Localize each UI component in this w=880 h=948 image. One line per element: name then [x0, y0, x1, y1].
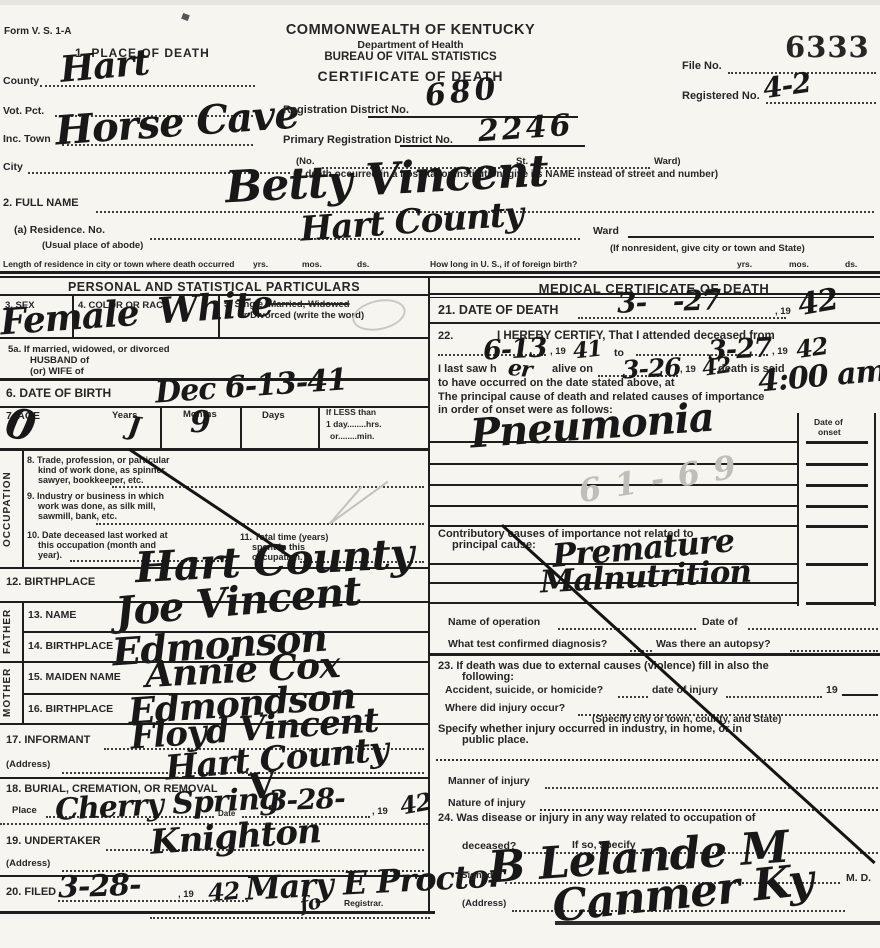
rule — [58, 898, 248, 902]
rule — [428, 525, 797, 527]
pencil-check-2 — [329, 486, 363, 524]
rule — [842, 694, 878, 696]
father-vertical-label: FATHER — [2, 603, 13, 659]
rule — [428, 322, 880, 324]
marital-struck: Married, Widowed — [268, 299, 349, 310]
industry-label-2: work was done, as silk mill, — [38, 501, 156, 511]
occupation-related-text: 24. Was disease or injury in any way rel… — [438, 812, 755, 824]
column-divider — [428, 278, 430, 912]
vot-pct-label: Vot. Pct. — [3, 105, 44, 117]
mother-vertical-label: MOTHER — [2, 663, 13, 721]
father-birthplace-label: 14. BIRTHPLACE — [28, 640, 113, 652]
rule — [540, 807, 878, 811]
burial-19-label: , 19 — [372, 806, 388, 817]
autopsy-label: Was there an autopsy? — [656, 638, 771, 650]
informant-address-label: (Address) — [6, 759, 50, 770]
rule — [618, 694, 648, 698]
filed-label: 20. FILED — [6, 886, 56, 898]
rule — [72, 296, 74, 337]
rule — [806, 463, 868, 466]
nonresident-note: (If nonresident, give city or town and S… — [610, 243, 805, 254]
hw-reg-district: 680 — [424, 74, 501, 112]
rule — [0, 448, 428, 451]
hw-death-date: 3- -27 — [617, 286, 721, 318]
rule — [0, 337, 428, 339]
hw-death-year: 42 — [796, 285, 840, 321]
industry-label-3: sawmill, bank, etc. — [38, 511, 117, 521]
maiden-name-label: 15. MAIDEN NAME — [28, 671, 121, 683]
rule — [806, 505, 868, 508]
abode-note: (Usual place of abode) — [42, 240, 143, 251]
less-than-3: or........min. — [330, 431, 374, 441]
hw-time: 4:00 am — [757, 356, 880, 397]
pencil-oval — [349, 295, 408, 336]
rule — [22, 661, 24, 723]
mos2-label: mos. — [789, 259, 809, 269]
registered-no-label: Registered No. — [682, 90, 760, 102]
rule — [240, 406, 242, 448]
residence-label: (a) Residence. No. — [14, 224, 105, 236]
rule — [558, 626, 696, 630]
specify-text-2: public place. — [462, 734, 529, 746]
less-than-2: 1 day........hrs. — [326, 419, 382, 429]
date-of-label: Date of — [702, 616, 738, 628]
occupation-vertical-label: OCCUPATION — [2, 455, 13, 563]
inc-town-label: Inc. Town — [3, 133, 51, 145]
date-of-death-label: 21. DATE OF DEATH — [438, 303, 558, 317]
certificate-title: CERTIFICATE OF DEATH — [278, 68, 543, 84]
onset-box-right — [874, 413, 876, 606]
md-label: M. D. — [846, 872, 871, 884]
last-worked-3: year). — [38, 550, 62, 560]
accident-label: Accident, suicide, or homicide? — [445, 684, 603, 696]
test-label: What test confirmed diagnosis? — [448, 638, 607, 650]
city-label: City — [3, 161, 23, 173]
external-causes-text-2: following: — [462, 671, 514, 683]
hw-from-year: 41 — [572, 338, 603, 363]
ward-label: Ward — [593, 225, 619, 237]
rule — [0, 777, 428, 779]
hw-inc-town: Horse Cave — [54, 95, 300, 152]
death-certificate-scan: Form V. S. 1-A 1. PLACE OF DEATH County … — [0, 0, 880, 948]
rule — [150, 915, 430, 919]
onset-label-2: onset — [818, 427, 841, 437]
mos-label: mos. — [302, 259, 322, 269]
ward-paren-label: Ward) — [654, 156, 681, 167]
commonwealth-title: COMMONWEALTH OF KENTUCKY — [278, 22, 543, 38]
death-19-label: , 19 — [775, 306, 791, 317]
registrar-label: Registrar. — [344, 898, 383, 908]
less-than-1: If LESS than — [326, 407, 376, 417]
rule — [790, 648, 878, 652]
ward-line — [628, 236, 874, 238]
mother-birthplace-label: 16. BIRTHPLACE — [28, 703, 113, 715]
rule — [748, 626, 878, 630]
birthplace12-label: 12. BIRTHPLACE — [6, 576, 95, 588]
file-number-stamp: 6333 — [785, 30, 870, 64]
informant-label: 17. INFORMANT — [6, 734, 90, 746]
rule — [428, 653, 880, 656]
married-note-3: (or) WIFE of — [30, 366, 84, 377]
married-note-2: HUSBAND of — [30, 355, 89, 366]
injury-19-label: 19 — [826, 684, 838, 696]
dob-label: 6. DATE OF BIRTH — [6, 386, 111, 400]
rule — [436, 757, 878, 761]
reg-district-label: Registration District No. — [283, 104, 409, 116]
heavy-rule-top-1 — [0, 271, 880, 274]
hw-age-years: 0 — [2, 402, 38, 449]
saw-19-label: , 19 — [680, 364, 696, 375]
rule — [96, 521, 424, 525]
from-19-label: , 19 — [550, 346, 566, 357]
yrs2-label: yrs. — [737, 259, 752, 269]
onset-box-left — [797, 413, 799, 606]
rule — [806, 563, 868, 566]
length-label: Length of residence in city or town wher… — [3, 259, 234, 269]
heavy-rule-top-2 — [0, 276, 880, 278]
where-injury-label: Where did injury occur? — [445, 702, 565, 714]
married-note-1: 5a. If married, widowed, or divorced — [8, 344, 170, 355]
rule — [806, 441, 868, 444]
scan-smudge — [0, 0, 880, 5]
hw-county: Hart — [59, 44, 151, 88]
alive-on-text: alive on — [552, 363, 593, 375]
hw-contributory-2: Malnutrition — [539, 556, 751, 598]
hw-burial-year: 42 — [398, 789, 433, 818]
rule — [555, 921, 880, 925]
hw-undertaker: Knighton — [149, 814, 322, 860]
item22-number: 22. — [438, 330, 453, 342]
last-saw-text: I last saw h — [438, 363, 497, 375]
dept-title: Department of Health — [278, 39, 543, 51]
manner-label: Manner of injury — [448, 775, 530, 787]
physician-address-label: (Address) — [462, 898, 506, 909]
nature-label: Nature of injury — [448, 797, 526, 809]
bureau-title: BUREAU OF VITAL STATISTICS — [278, 51, 543, 63]
rule — [428, 602, 797, 604]
ds2-label: ds. — [845, 259, 857, 269]
rule — [0, 911, 435, 914]
undertaker-label: 19. UNDERTAKER — [6, 835, 101, 847]
rule — [218, 296, 220, 337]
rule — [22, 451, 24, 567]
hw-age-months: 9 — [190, 408, 210, 438]
form-number: Form V. S. 1-A — [4, 26, 71, 37]
industry-label-1: 9. Industry or business in which — [27, 491, 164, 501]
occurred-text: to have occurred on the date stated abov… — [438, 377, 675, 389]
operation-label: Name of operation — [448, 616, 540, 628]
last-worked-1: 10. Date deceased last worked at — [27, 530, 168, 540]
file-no-label: File No. — [682, 60, 722, 72]
hw-pencil-code: 61-69 — [577, 449, 752, 508]
rule — [806, 602, 874, 605]
howlong-label: How long in U. S., if of foreign birth? — [430, 259, 577, 269]
rule — [318, 406, 320, 448]
county-label: County — [3, 75, 39, 87]
hw-burial-date: 3-28- — [268, 785, 346, 816]
rule — [726, 694, 822, 698]
onset-label-1: Date of — [814, 417, 843, 427]
hw-registered-no: 4-2 — [761, 69, 812, 103]
rule — [160, 406, 162, 448]
full-name-label: 2. FULL NAME — [3, 197, 79, 209]
rule — [806, 525, 868, 528]
rule — [545, 785, 878, 789]
trade-label-2: kind of work done, as spinner, — [38, 465, 167, 475]
undertaker-address-label: (Address) — [6, 858, 50, 869]
to-19-label: , 19 — [772, 346, 788, 357]
rule — [806, 484, 868, 487]
ds-label: ds. — [357, 259, 369, 269]
hw-primary-district: 2246 — [477, 111, 574, 148]
days-header: Days — [262, 410, 285, 421]
scan-mark — [181, 13, 190, 21]
hw-dob: Dec 6-13-41 — [154, 365, 348, 408]
hw-age-mark: J — [126, 413, 141, 440]
burial-place-label: Place — [12, 805, 37, 816]
father-name-label: 13. NAME — [28, 609, 76, 621]
yrs-label: yrs. — [253, 259, 268, 269]
